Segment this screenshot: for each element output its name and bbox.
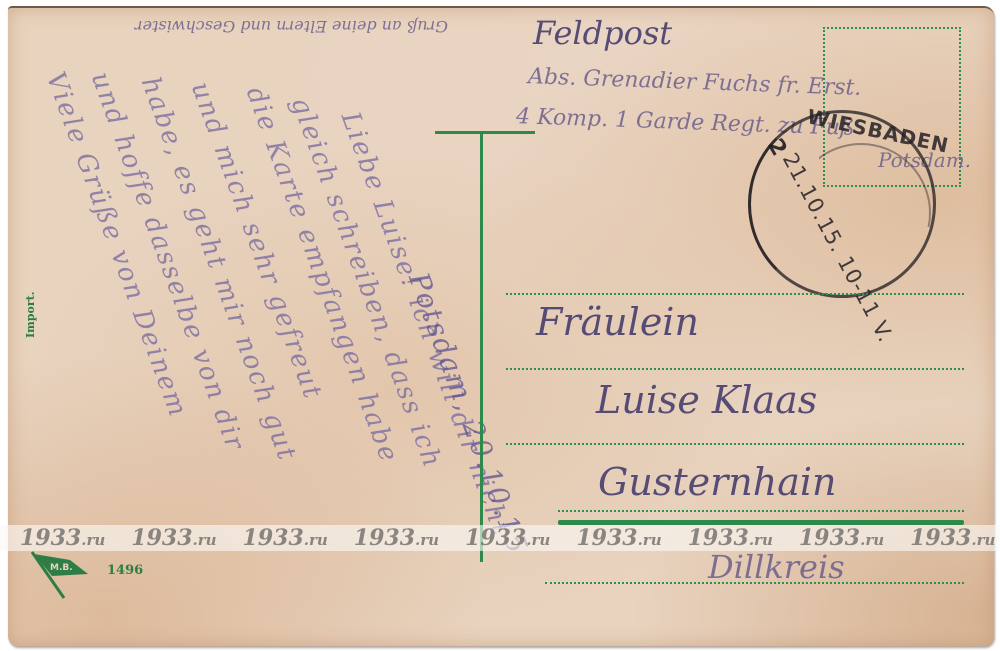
watermark-text: 1933.ru	[910, 525, 995, 551]
address-line-3: Gusternhain	[598, 460, 836, 504]
watermark-text: 1933.ru	[354, 525, 439, 551]
address-line-rule	[506, 368, 964, 370]
address-line-1: Fräulein	[536, 300, 699, 344]
publisher-flag-logo: M.B.	[22, 550, 92, 600]
watermark-text: 1933.ru	[688, 525, 773, 551]
watermark-text: 1933.ru	[465, 525, 550, 551]
address-line-rule	[558, 510, 964, 512]
serial-number: 1496	[107, 563, 143, 578]
feldpost-label: Feldpost	[533, 14, 672, 52]
divider-vertical	[480, 132, 483, 562]
watermark-text: 1933.ru	[799, 525, 884, 551]
address-line-rule	[545, 582, 964, 584]
top-greeting: Gruß an deine Eltern und Geschwister	[135, 17, 448, 36]
publisher-initials: M.B.	[50, 563, 73, 573]
address-line-rule	[506, 443, 964, 445]
watermark-text: 1933.ru	[243, 525, 328, 551]
address-line-4: Dillkreis	[708, 548, 845, 586]
postmark: WIESBADEN 2 21.10.15. 10-11 V.	[748, 110, 936, 298]
watermark-text: 1933.ru	[576, 525, 661, 551]
import-label: Import.	[24, 291, 37, 338]
sender-line-1: Abs. Grenadier Fuchs fr. Erst.	[528, 64, 862, 101]
divider-horizontal	[435, 131, 535, 134]
address-line-2: Luise Klaas	[596, 378, 817, 422]
watermark-band: 1933.ru1933.ru1933.ru1933.ru1933.ru1933.…	[0, 525, 1000, 551]
watermark-text: 1933.ru	[20, 525, 105, 551]
address-line-rule	[506, 293, 964, 295]
watermark-text: 1933.ru	[131, 525, 216, 551]
